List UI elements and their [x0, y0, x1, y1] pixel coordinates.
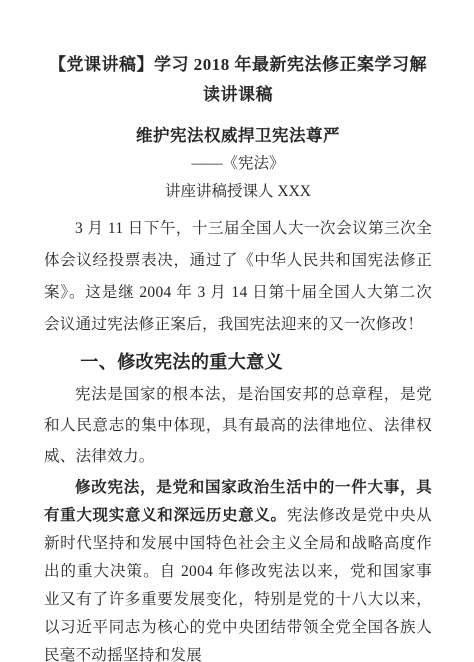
- section-heading: 一、修改宪法的重大意义: [44, 347, 432, 377]
- attribution-line: ——《宪法》: [44, 151, 432, 177]
- text-segment: 宪法修改是党中央从新时代坚持和发展中国特色社会主义全局和战略高度作出的重大决策。…: [44, 507, 432, 662]
- document-title: 【党课讲稿】学习 2018 年最新宪法修正案学习解读讲课稿: [44, 50, 432, 110]
- bold-text-segment: 一、修改宪法的重大意义: [80, 352, 283, 372]
- document-page: 【党课讲稿】学习 2018 年最新宪法修正案学习解读讲课稿 维护宪法权威捍卫宪法…: [0, 0, 474, 662]
- text-segment: 3 月 11 日下午，十三届全国人大一次会议第三次全体会议经投票表决，通过了《中…: [44, 220, 432, 333]
- document-body: 3 月 11 日下午，十三届全国人大一次会议第三次全体会议经投票表决，通过了《中…: [44, 213, 432, 662]
- body-paragraph: 3 月 11 日下午，十三届全国人大一次会议第三次全体会议经投票表决，通过了《中…: [44, 213, 432, 341]
- document-subtitle: 维护宪法权威捍卫宪法尊严: [44, 123, 432, 149]
- byline: 讲座讲稿授课人 XXX: [44, 179, 432, 205]
- body-paragraph: 修改宪法，是党和国家政治生活中的一件大事，具有重大现实意义和深远历史意义。宪法修…: [44, 474, 432, 662]
- text-segment: 宪法是国家的根本法，是治国安邦的总章程，是党和人民意志的集中体现，具有最高的法律…: [44, 386, 432, 465]
- document-content: 【党课讲稿】学习 2018 年最新宪法修正案学习解读讲课稿 维护宪法权威捍卫宪法…: [0, 0, 474, 662]
- body-paragraph: 宪法是国家的根本法，是治国安邦的总章程，是党和人民意志的集中体现，具有最高的法律…: [44, 379, 432, 472]
